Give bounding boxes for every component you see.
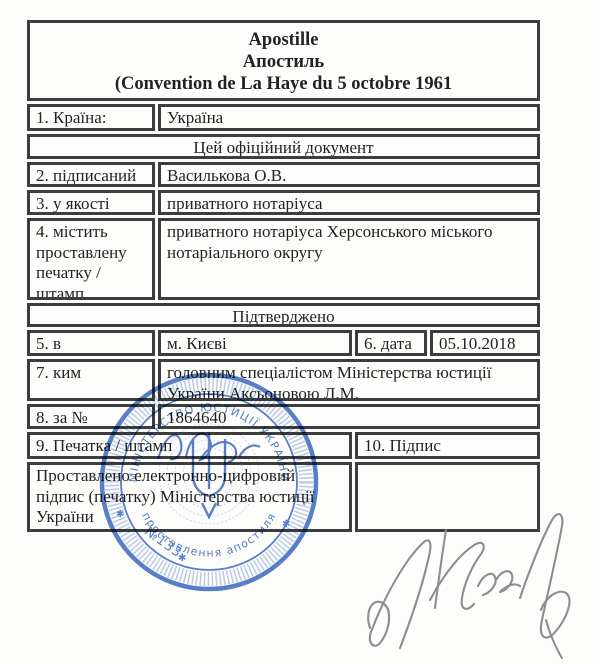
row-signed-by: 2. підписаний Василькова О.В. — [27, 162, 540, 187]
apostille-header: Apostille Апостиль (Convention de La Hay… — [27, 20, 540, 101]
stamp-star-icon: ✱ — [178, 553, 186, 564]
at-label: 5. в — [27, 330, 155, 356]
title-en: Apostille — [36, 29, 531, 51]
section-certified: Підтверджено — [27, 303, 540, 327]
row-by-whom: 7. ким головним спеціалістом Міністерств… — [27, 359, 540, 401]
row-seal-bears: 4. містить проставлену печатку / штамп п… — [27, 218, 540, 300]
row-seal-signature-headers: 9. Печатка / штамп 10. Підпис — [27, 432, 540, 459]
row-digital-note: Проставлено електронно-цифровий підпис (… — [27, 462, 540, 532]
at-value: м. Києві — [158, 330, 352, 356]
signature-stroke — [430, 543, 520, 609]
capacity-label: 3. у якості — [27, 190, 155, 215]
seal-bears-value: приватного нотаріуса Херсонського місько… — [158, 218, 540, 300]
convention-line-uk: Гаазька Конвенція від 5 жовтня 1961 року… — [36, 96, 531, 101]
signed-by-value: Василькова О.В. — [158, 162, 540, 187]
country-value: Україна — [158, 104, 540, 131]
convention-line-fr: (Convention de La Haye du 5 octobre 1961 — [36, 73, 531, 95]
row-section-official-document: Цей офіційний документ — [27, 134, 540, 159]
by-whom-label: 7. ким — [27, 359, 155, 401]
seal-bears-label: 4. містить проставлену печатку / штамп — [27, 218, 155, 300]
row-number: 8. за № 1864640 — [27, 404, 540, 429]
signature-empty-cell — [355, 462, 540, 532]
apostille-table: Apostille Апостиль (Convention de La Hay… — [27, 20, 540, 532]
title-uk: Апостиль — [36, 51, 531, 73]
date-value: 05.10.2018 — [430, 330, 540, 356]
row-capacity: 3. у якості приватного нотаріуса — [27, 190, 540, 215]
seal-stamp-label: 9. Печатка / штамп — [27, 432, 352, 459]
signature-stroke — [368, 540, 430, 648]
signed-by-label: 2. підписаний — [27, 162, 155, 187]
row-at-date: 5. в м. Києві 6. дата 05.10.2018 — [27, 330, 540, 356]
number-label: 8. за № — [27, 404, 155, 429]
table-header-row: Apostille Апостиль (Convention de La Hay… — [27, 20, 540, 101]
date-label: 6. дата — [355, 330, 427, 356]
row-section-certified: Підтверджено — [27, 303, 540, 327]
country-label: 1. Країна: — [27, 104, 155, 131]
signature-label: 10. Підпис — [355, 432, 540, 459]
section-official-document: Цей офіційний документ — [27, 134, 540, 159]
capacity-value: приватного нотаріуса — [158, 190, 540, 215]
by-whom-value: головним спеціалістом Міністерства юстиц… — [158, 359, 540, 401]
signature-stroke — [435, 530, 446, 608]
signature-stroke — [520, 514, 569, 658]
digital-note-cell: Проставлено електронно-цифровий підпис (… — [27, 462, 352, 532]
row-country: 1. Країна: Україна — [27, 104, 540, 131]
number-value: 1864640 — [158, 404, 540, 429]
